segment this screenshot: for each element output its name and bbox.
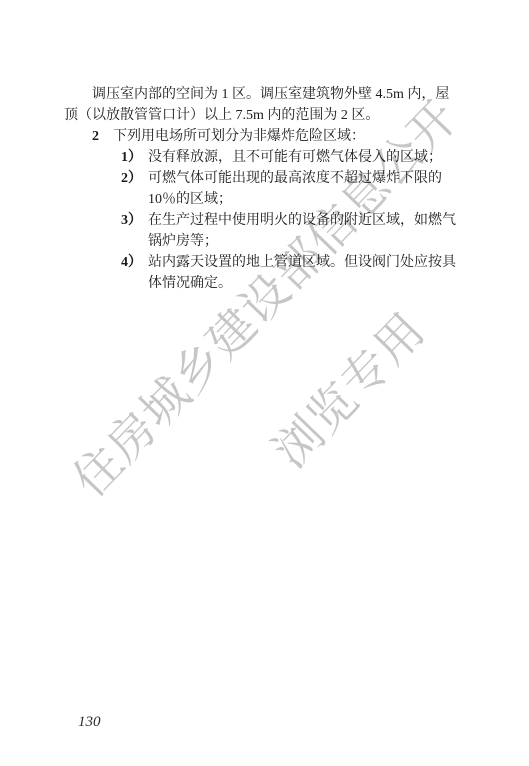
watermark-line-2: 浏览专用 (256, 296, 438, 481)
list-item-4-number: 4） (121, 252, 148, 294)
clause-number: 2 (92, 126, 113, 147)
list-item-2: 2） 可燃气体可能出现的最高浓度不超过爆炸下限的 10％的区域； (64, 168, 464, 210)
list-item-3-number: 3） (121, 210, 148, 252)
document-page: 住房城乡建设部信息公开 浏览专用 调压室内部的空间为 1 区。调压室建筑物外壁 … (0, 0, 529, 766)
list-item-3: 3） 在生产过程中使用明火的设备的附近区域，如燃气 锅炉房等； (64, 210, 464, 252)
list-item-1: 1） 没有释放源，且不可能有可燃气体侵入的区域； (64, 147, 464, 168)
clause-sublist: 1） 没有释放源，且不可能有可燃气体侵入的区域； 2） 可燃气体可能出现的最高浓… (64, 147, 464, 294)
body-paragraph: 调压室内部的空间为 1 区。调压室建筑物外壁 4.5m 内，屋 顶（以放散管管口… (64, 84, 464, 126)
list-item-4: 4） 站内露天设置的地上管道区域。但设阀门处应按具 体情况确定。 (64, 252, 464, 294)
clause-2: 2 下列用电场所可划分为非爆炸危险区域： (64, 126, 464, 147)
clause-text: 下列用电场所可划分为非爆炸危险区域： (113, 126, 365, 147)
list-item-2-number: 2） (121, 168, 148, 210)
list-item-1-number: 1） (121, 147, 148, 168)
page-number: 130 (78, 714, 101, 731)
list-item-3-text: 在生产过程中使用明火的设备的附近区域，如燃气 锅炉房等； (148, 210, 456, 252)
page-content: 调压室内部的空间为 1 区。调压室建筑物外壁 4.5m 内，屋 顶（以放散管管口… (64, 84, 464, 294)
list-item-4-text: 站内露天设置的地上管道区域。但设阀门处应按具 体情况确定。 (148, 252, 456, 294)
list-item-1-text: 没有释放源，且不可能有可燃气体侵入的区域； (148, 147, 442, 168)
list-item-2-text: 可燃气体可能出现的最高浓度不超过爆炸下限的 10％的区域； (148, 168, 442, 210)
